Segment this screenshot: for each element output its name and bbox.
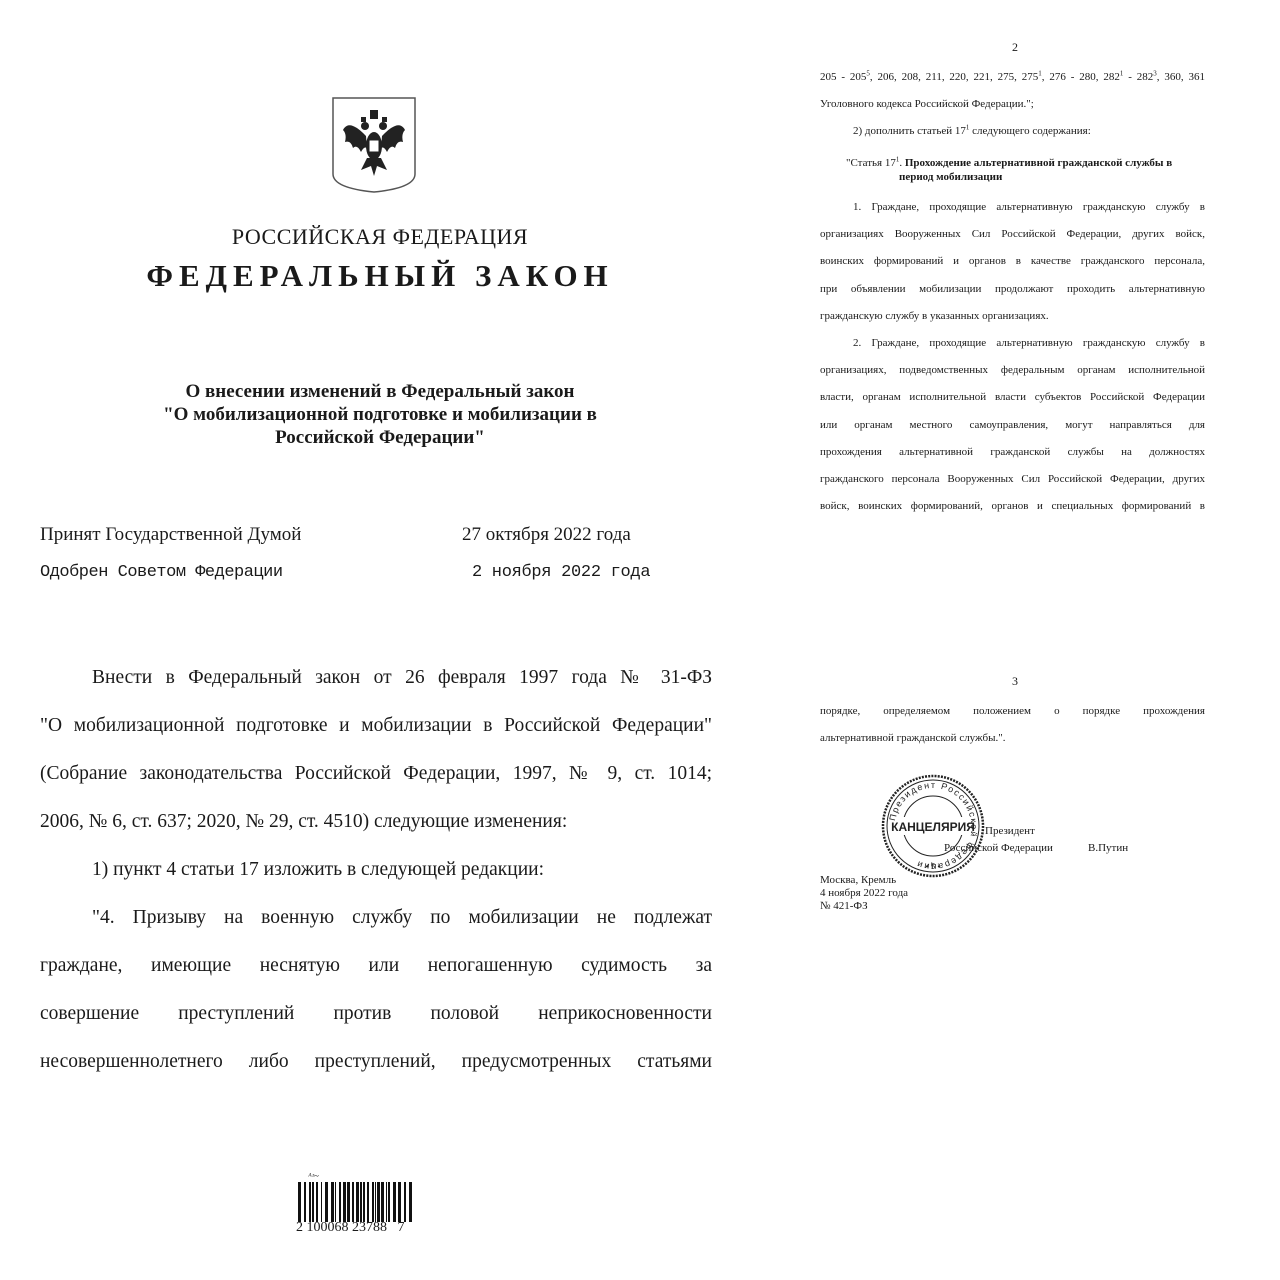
body-line: организациях Вооруженных Сил Российской … bbox=[820, 221, 1205, 248]
article-heading: "Статья 171. Прохождение альтернативной … bbox=[846, 156, 1206, 184]
body-line: гражданскую службу в указанных организац… bbox=[820, 303, 1205, 330]
article-paragraph-2: 2. Граждане, проходящие альтернативную г… bbox=[820, 330, 1205, 520]
body-line: гражданского персонала Вооруженных Сил Р… bbox=[820, 466, 1205, 493]
article-prefix: "Статья 171. bbox=[846, 157, 905, 169]
barcode-bars-icon bbox=[296, 1182, 414, 1222]
adopted-duma-date: 27 октября 2022 года bbox=[462, 524, 631, 546]
article-title-cont: период мобилизации bbox=[846, 170, 1206, 184]
body-line: Внести в Федеральный закон от 26 февраля… bbox=[40, 654, 712, 702]
approved-council-date: 2 ноября 2022 года bbox=[472, 563, 650, 582]
body-line: воинских формирований и органов в качест… bbox=[820, 248, 1205, 275]
body-line: 1. Граждане, проходящие альтернативную г… bbox=[820, 194, 1205, 221]
body-line: войск, воинских формирований, органов и … bbox=[820, 493, 1205, 520]
article-title: Прохождение альтернативной гражданской с… bbox=[905, 157, 1172, 169]
body-line: 2006, № 6, ст. 637; 2020, № 29, ст. 4510… bbox=[40, 798, 712, 846]
article-paragraph-1: 1. Граждане, проходящие альтернативную г… bbox=[820, 194, 1205, 330]
law-title: О внесении изменений в Федеральный закон… bbox=[130, 380, 630, 449]
body-line: при объявлении мобилизации продолжают пр… bbox=[820, 276, 1205, 303]
title-line: "О мобилизационной подготовке и мобилиза… bbox=[130, 403, 630, 426]
signature-position-cont: Российской Федерации bbox=[944, 842, 1053, 854]
title-line: Российской Федерации" bbox=[130, 426, 630, 449]
body-line: "4. Призыву на военную службу по мобилиз… bbox=[40, 894, 712, 942]
body-line: совершение преступлений против половой н… bbox=[40, 990, 712, 1038]
barcode-number: 2 100068 23788 7 bbox=[296, 1220, 416, 1236]
svg-text:• 5 •: • 5 • bbox=[926, 862, 941, 871]
page-2-intro: 205 - 2055, 206, 208, 211, 220, 221, 275… bbox=[820, 64, 1205, 146]
svg-text:КАНЦЕЛЯРИЯ: КАНЦЕЛЯРИЯ bbox=[891, 820, 975, 834]
page-3-body: порядке, определяемом положением о поряд… bbox=[820, 698, 1205, 752]
body-line: несовершеннолетнего либо преступлений, п… bbox=[40, 1038, 712, 1086]
registration-mark: ᴬᶻ~ bbox=[308, 1170, 416, 1182]
signing-date: 4 ноября 2022 года bbox=[820, 887, 908, 900]
body-line: организациях, подведомственных федеральн… bbox=[820, 357, 1205, 384]
coat-of-arms-icon bbox=[331, 96, 417, 194]
law-number: № 421-ФЗ bbox=[820, 900, 908, 913]
body-line: прохождения альтернативной гражданской с… bbox=[820, 439, 1205, 466]
adopted-duma-label: Принят Государственной Думой bbox=[40, 524, 301, 546]
signing-details: Москва, Кремль 4 ноября 2022 года № 421-… bbox=[820, 874, 908, 913]
signing-place: Москва, Кремль bbox=[820, 874, 908, 887]
body-line: альтернативной гражданской службы.". bbox=[820, 725, 1205, 752]
law-body-page-1: Внести в Федеральный закон от 26 февраля… bbox=[40, 654, 712, 1086]
body-line: власти, органам исполнительной власти су… bbox=[820, 384, 1205, 411]
law-type-heading: ФЕДЕРАЛЬНЫЙ ЗАКОН bbox=[0, 258, 760, 294]
signatory-name: В.Путин bbox=[1088, 842, 1128, 854]
approved-council-label: Одобрен Советом Федерации bbox=[40, 563, 283, 582]
title-line: О внесении изменений в Федеральный закон bbox=[130, 380, 630, 403]
body-line: порядке, определяемом положением о поряд… bbox=[820, 698, 1205, 725]
country-heading: РОССИЙСКАЯ ФЕДЕРАЦИЯ bbox=[0, 224, 760, 250]
signature-position: Президент bbox=[985, 825, 1035, 837]
body-line: граждане, имеющие неснятую или непогашен… bbox=[40, 942, 712, 990]
amendment-item-1: 1) пункт 4 статьи 17 изложить в следующе… bbox=[40, 846, 712, 894]
barcode: ᴬᶻ~ 2 100068 23788 7 bbox=[296, 1170, 416, 1236]
body-line: (Собрание законодательства Российской Фе… bbox=[40, 750, 712, 798]
official-stamp-icon: Президент Российской Федерации КАНЦЕЛЯРИ… bbox=[881, 774, 985, 878]
body-line: Уголовного кодекса Российской Федерации.… bbox=[820, 91, 1205, 118]
page-number: 3 bbox=[805, 674, 1225, 689]
article-references: 205 - 2055, 206, 208, 211, 220, 221, 275… bbox=[820, 64, 1205, 91]
body-line: 2. Граждане, проходящие альтернативную г… bbox=[820, 330, 1205, 357]
amendment-item-2: 2) дополнить статьей 171 следующего соде… bbox=[820, 118, 1205, 145]
body-line: "О мобилизационной подготовке и мобилиза… bbox=[40, 702, 712, 750]
page-number: 2 bbox=[805, 40, 1225, 55]
body-line: или органам местного самоуправления, мог… bbox=[820, 412, 1205, 439]
